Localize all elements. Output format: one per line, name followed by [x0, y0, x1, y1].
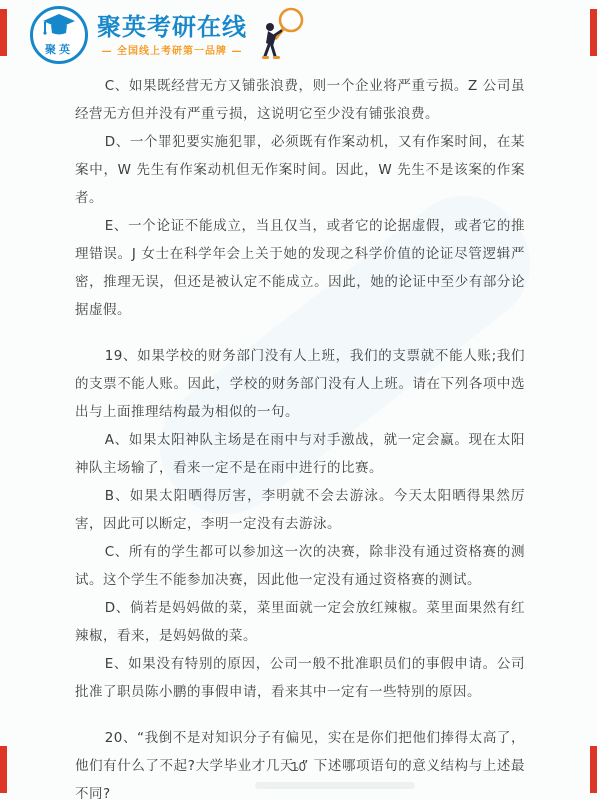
option-a-q19: A、如果太阳神队主场是在雨中与对手激战，就一定会赢。现在太阳神队主场输了，看来一… — [75, 426, 525, 482]
brand-text: 聚英考研在线 — 全国线上考研第一品牌 — — [97, 14, 247, 57]
brand-logo: 聚英 — [30, 6, 88, 64]
footer-scan-smudge — [255, 782, 415, 789]
option-e-q19: E、如果没有特别的原因，公司一般不批准职员们的事假申请。公司批准了职员陈小鹏的事… — [75, 650, 525, 706]
option-e-q18: E、一个论证不能成立，当且仅当，或者它的论据虚假，或者它的推理错误。J 女士在科… — [75, 212, 525, 324]
brand-tagline: — 全国线上考研第一品牌 — — [102, 42, 243, 57]
option-d-q19: D、倘若是妈妈做的菜，菜里面就一定会放红辣椒。菜里面果然有红辣椒，看来，是妈妈做… — [75, 594, 525, 650]
page-number: 10 — [0, 760, 597, 774]
option-c-q19: C、所有的学生都可以参加这一次的决赛，除非没有通过资格赛的测试。这个学生不能参加… — [75, 538, 525, 594]
question-19-stem: 19、如果学校的财务部门没有人上班，我们的支票就不能人账;我们的支票不能人账。因… — [75, 342, 525, 426]
logo-badge-text: 聚英 — [33, 41, 85, 57]
red-edge-mark-top-left — [0, 9, 7, 56]
document-page: 聚英 聚英考研在线 — 全国线上考研第一品牌 — C、如果既经营无方又铺张浪费，… — [0, 0, 597, 800]
option-b-q19: B、如果太阳晒得厉害，李明就不会去游泳。今天太阳晒得果然厉害，因此可以断定，李明… — [75, 482, 525, 538]
red-edge-mark-top-right — [590, 9, 597, 56]
magnifier-mascot-icon — [255, 6, 307, 62]
document-body: C、如果既经营无方又铺张浪费，则一个企业将严重亏损。Z 公司虽经营无方但并没有严… — [75, 72, 525, 800]
brand-header: 聚英 聚英考研在线 — 全国线上考研第一品牌 — — [30, 6, 307, 64]
brand-title: 聚英考研在线 — [97, 14, 247, 40]
option-c-q18: C、如果既经营无方又铺张浪费，则一个企业将严重亏损。Z 公司虽经营无方但并没有严… — [75, 72, 525, 128]
option-d-q18: D、一个罪犯要实施犯罪，必须既有作案动机，又有作案时间，在某案中，W 先生有作案… — [75, 128, 525, 212]
graduation-cap-icon — [41, 13, 77, 39]
